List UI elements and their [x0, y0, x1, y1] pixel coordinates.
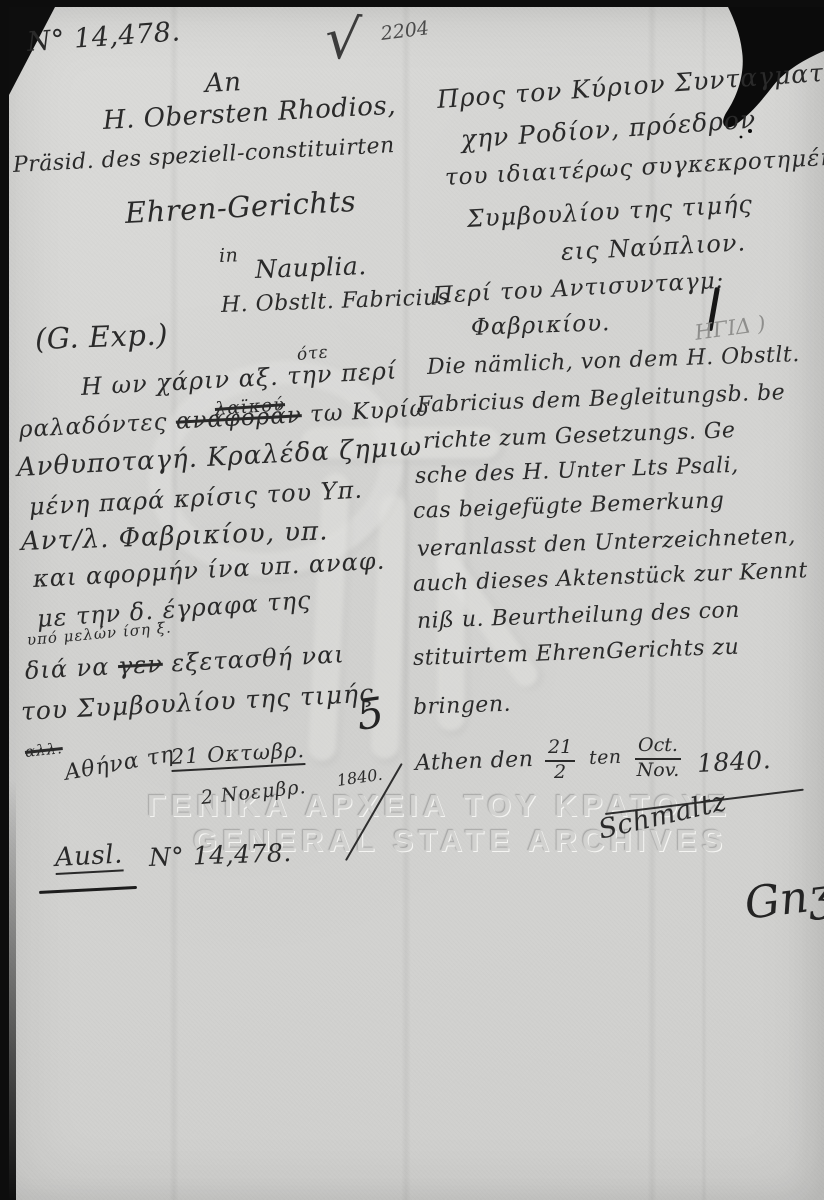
body-de-line-1: Die nämlich, von dem H. Obstlt.: [427, 344, 801, 379]
margin-note: (G. Exp.): [34, 320, 168, 354]
check-mark: √: [323, 11, 363, 69]
date-gr-year: 1840.: [336, 767, 384, 789]
body-de-line-10: bringen.: [413, 694, 512, 719]
address-gr-line-4: Συμβουλίου της τιμής: [466, 192, 753, 231]
closing-flourish: 5: [354, 691, 386, 736]
bottom-ref-number: N° 14,478.: [149, 840, 293, 870]
address-de-line-recipient: H. Obersten Rhodios,: [102, 93, 396, 134]
address-de-line-fabricius: H. Obstlt. Fabricius: [221, 287, 450, 317]
body-gr-line-2-pre: ραλαδόντες: [18, 409, 168, 443]
scan-edge: [9, 780, 16, 1200]
date-de-day-bottom: 2: [554, 762, 566, 784]
body-gr-line-10: αλλ.: [24, 741, 63, 760]
date-de-city: Athen den: [415, 749, 534, 775]
body-de-line-2: Fabricius dem Begleitungsb. be: [417, 382, 786, 417]
body-de-line-4: sche des H. Unter Lts Psali,: [415, 455, 739, 488]
address-de-line-court: Ehren-Gerichts: [124, 187, 356, 228]
address-de-line-in: in: [219, 246, 239, 266]
address-gr-subject-2: Φαβρικίου.: [471, 312, 611, 340]
body-de-line-7: auch dieses Aktenstück zur Kennt: [413, 560, 809, 596]
paraph: Gnʒ: [742, 872, 824, 926]
date-de-day-top: 21: [545, 737, 575, 762]
date-de-day-fraction: 21 2: [545, 737, 575, 784]
body-gr-line-8-pre: διά να: [24, 653, 110, 685]
address-de-line-an: An: [204, 69, 242, 97]
date-gr-prefix: Αθήνα τη: [63, 744, 176, 785]
bottom-ref-label: Ausl.: [54, 841, 123, 875]
date-de-year: 1840.: [696, 747, 771, 776]
document-scan: ΓΕΝΙΚΑ ΑΡΧΕΙΑ ΤΟΥ ΚΡΑΤΟΥΣ GENERAL STATE …: [0, 0, 824, 1200]
paper: ΓΕΝΙΚΑ ΑΡΧΕΙΑ ΤΟΥ ΚΡΑΤΟΥΣ GENERAL STATE …: [9, 7, 824, 1200]
address-gr-subject-1: Περί του Αντισυνταγμ:: [432, 270, 725, 308]
underline-flourish: [39, 886, 137, 894]
address-gr-line-5: εις Ναύπλιον.: [560, 230, 746, 264]
date-gr-top: 21 Οκτωβρ.: [170, 740, 305, 772]
date-de-month-top: Oct.: [635, 735, 681, 760]
date-de-month-bottom: Nov.: [637, 760, 680, 782]
address-de-line-city: Nauplia.: [255, 253, 368, 282]
body-de-line-6: veranlasst den Unterzeichneten,: [417, 526, 797, 561]
pencil-number: 2204: [380, 19, 430, 44]
address-gr-line-3: του ιδιαιτέρως συγκεκροτημένου: [444, 145, 824, 190]
address-de-line-title: Präsid. des speziell-constituirten: [12, 135, 395, 177]
body-gr-line-8-struck: γεν: [117, 650, 163, 680]
date-de-suffix: ten: [589, 748, 622, 768]
body-gr-line-8: διά να γεν εξετασθή ναι: [24, 642, 345, 683]
body-gr-line-2-post: τω Κυρίω: [309, 396, 429, 428]
body-de-line-3: richte zum Gesetzungs. Ge: [423, 420, 736, 453]
date-de-month-fraction: Oct. Nov.: [635, 735, 681, 782]
